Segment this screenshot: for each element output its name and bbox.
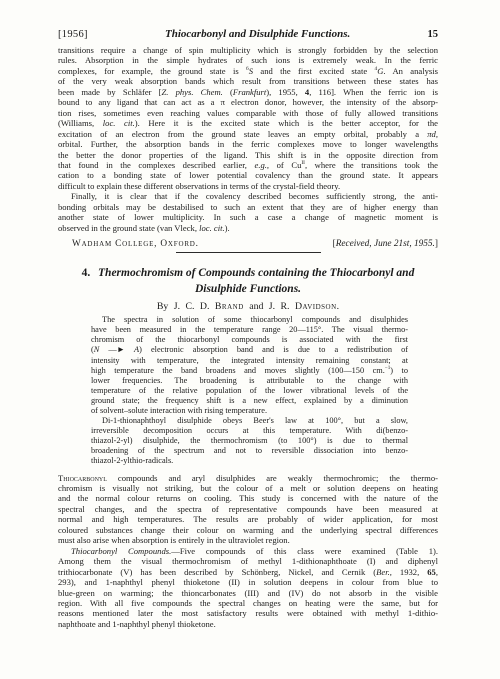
text-line: reasons mentioned later the most satisfa…	[58, 608, 438, 618]
received-date: [Received, June 21st, 1955.]	[333, 239, 438, 250]
page-header: [1956] Thiocarbonyl and Disulphide Funct…	[58, 28, 438, 41]
text-line: thiazol-2-ylthio-radicals.	[91, 456, 408, 466]
text-line: orbital. Further, the absorption bands i…	[58, 139, 438, 149]
text-line: must also arise when absorption is entir…	[58, 535, 438, 545]
text-line: trithiocarbonate (V) has been described …	[58, 567, 438, 577]
text-line: excitation of an electron from the groun…	[58, 129, 438, 139]
text-line: normal and high temperatures. The result…	[58, 514, 438, 524]
text-line: (N —► A) electronic absorption band and …	[91, 345, 408, 355]
previous-article-body: transitions require a change of spin mul…	[58, 45, 438, 233]
text-line: chromism of the thiocarbonyl compounds i…	[91, 335, 408, 345]
signature-block: Wadham College, Oxford. [Received, June …	[58, 239, 438, 250]
text-line: and the normal colour returns on cooling…	[58, 493, 438, 503]
article-abstract: The spectra in solution of some thiocarb…	[91, 315, 408, 466]
article-title: 4. Thermochromism of Compounds containin…	[58, 266, 438, 297]
text-line: (Williams, loc. cit.). Here it is the ex…	[58, 118, 438, 128]
text-line: region. With all five compounds the spec…	[58, 598, 438, 608]
text-line: transitions require a change of spin mul…	[58, 45, 438, 55]
text-line: 293), and 1-naphthyl phenyl thioketone (…	[58, 577, 438, 587]
journal-page: [1956] Thiocarbonyl and Disulphide Funct…	[0, 0, 500, 679]
text-line: chromism is visually not striking, but t…	[58, 483, 438, 493]
text-line: complexes, for example, the ground state…	[58, 66, 438, 76]
article-body: Thiocarbonyl compounds and aryl disulphi…	[58, 473, 438, 630]
journal-year: [1956]	[58, 28, 88, 41]
text-line: that found in the complexes described ea…	[58, 160, 438, 170]
text-line: rules. Absorption in the simple hydrates…	[58, 55, 438, 65]
text-line: of solvent–solute interaction with risin…	[91, 406, 408, 416]
text-line: irreversible decomposition occurs at thi…	[91, 426, 408, 436]
text-line: blue-green on warming; the thioncarbonat…	[58, 588, 438, 598]
text-line: been made by Schläfer [Z. phys. Chem. (F…	[58, 87, 438, 97]
text-line: naphthoate and 1-naphthyl phenyl thioket…	[58, 619, 438, 629]
text-line: broadening of the spectrum and not to re…	[91, 446, 408, 456]
article-byline: By J. C. D. Brand and J. R. Davidson.	[58, 301, 438, 312]
text-line: difficult to explain these different obs…	[58, 181, 438, 191]
text-line: cation to a bonding state of lower poten…	[58, 170, 438, 180]
text-line: high temperature the band broadens and m…	[91, 366, 408, 376]
text-line: another state of lower multiplicity. In …	[58, 212, 438, 222]
text-line: observed in the ground state (van Vleck,…	[58, 223, 438, 233]
text-line: tion rises, sometimes even reaching valu…	[58, 108, 438, 118]
running-title: Thiocarbonyl and Disulphide Functions.	[88, 28, 428, 41]
text-line: bound to any ligand that can act as a π …	[58, 97, 438, 107]
text-line: the better the donor properties of the l…	[58, 150, 438, 160]
text-line: ground state; the frequency shift is a n…	[91, 396, 408, 406]
section-divider	[176, 252, 321, 253]
text-line: Finally, it is clear that if the covalen…	[58, 191, 438, 201]
text-line: The spectra in solution of some thiocarb…	[91, 315, 408, 325]
text-line: lower frequencies. The broadening is att…	[91, 376, 408, 386]
text-line: thiazol-2-yl) disulphide, the thermochro…	[91, 436, 408, 446]
text-line: Among them the visual thermochromism of …	[58, 556, 438, 566]
author-affiliation: Wadham College, Oxford.	[72, 239, 199, 250]
text-line: Di-1-thionaphthoyl disulphide obeys Beer…	[91, 416, 408, 426]
text-line: have been measured in the temperature ra…	[91, 325, 408, 335]
article-title-line-2: Disulphide Functions.	[58, 282, 438, 298]
text-line: spectral changes, and the spectra of rep…	[58, 504, 438, 514]
text-line: coloured substances change their colour …	[58, 525, 438, 535]
text-line: Thiocarbonyl compounds and aryl disulphi…	[58, 473, 438, 483]
page-number: 15	[428, 28, 439, 41]
text-line: of the very weak absorption bands which …	[58, 76, 438, 86]
article-title-line-1: 4. Thermochromism of Compounds containin…	[58, 266, 438, 282]
text-line: bonding orbitals may be destabilised to …	[58, 202, 438, 212]
text-line: intensity with temperature, the integrat…	[91, 356, 408, 366]
text-line: Thiocarbonyl Compounds.—Five compounds o…	[58, 546, 438, 556]
text-line: temperature of the relative population o…	[91, 386, 408, 396]
